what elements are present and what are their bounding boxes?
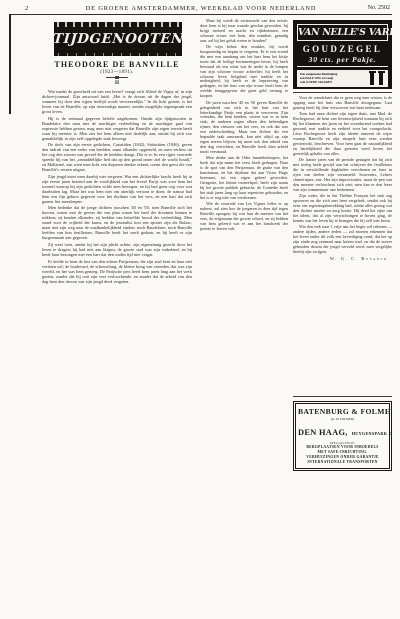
page-header: 2 DE GROENE AMSTERDAMMER, WEEKBLAD VOOR … — [10, 3, 392, 13]
ad-service-line: VERHUIZINGEN ONDER GARANTIE — [298, 455, 387, 460]
article-text-col3-wrap: Voor de wandelaars die er geen weg mee w… — [293, 96, 392, 393]
banner-text: TIJDGENOOTEN — [54, 31, 182, 47]
article-paragraph: Maar hij wordt de vertrouwde van den eer… — [200, 19, 288, 44]
batenburg-subname: (G. W. FOLMER) — [298, 417, 387, 421]
van-nelle-product: GOUDZEGEL — [297, 44, 388, 54]
batenburg-advertisement: BATENBURG & FOLMER (G. W. FOLMER) DEN HA… — [293, 401, 392, 471]
batenburg-address: HUYGENSPARK 22 — [352, 431, 392, 436]
masthead-title: DE GROENE AMSTERDAMMER, WEEKBLAD VOOR NE… — [10, 5, 392, 12]
batenburg-service-lines: BERGPLAATSEN VOOR INBOEDELSMET SAFE-INRI… — [298, 445, 387, 465]
van-nelle-advertisement: VAN NELLE'S VARINAS GOUDZEGEL 30 cts. pe… — [293, 20, 392, 89]
ad-service-line: BERGPLAATSEN VOOR INBOEDELS — [298, 445, 387, 450]
article-paragraph: De wijn belast den zwakke; hij wordt hoo… — [200, 45, 288, 99]
article-paragraph: Wie den trek naar 't vrije aan het begin… — [293, 225, 392, 254]
article-paragraph: Wat maakt de grootheid uit van een leven… — [42, 89, 192, 114]
article-text-col2: Maar hij wordt de vertrouwde van den eer… — [200, 19, 288, 231]
tijdgenooten-banner: TIJDGENOOTEN — [54, 22, 182, 56]
article-dates: (1823—1891). — [42, 70, 192, 75]
article-text-col1: Wat maakt de grootheid uit van een leven… — [42, 89, 192, 284]
section-number: II — [42, 80, 192, 86]
column-rule-top — [293, 92, 392, 93]
author-signature: W. G. C. Byvanck — [293, 256, 388, 261]
article-paragraph: Men bedenke dat de jonge dichters tussch… — [42, 205, 192, 240]
van-nelle-tagline-panel: Een aangename Bezuinigingeen HALF ONS ve… — [297, 70, 388, 87]
article-paragraph: Zijn vader, die in het Théâtre Français … — [293, 194, 392, 223]
pillar-icon — [370, 72, 374, 85]
article-paragraph: Hij is de eenmaal gegeven belofte nageko… — [42, 116, 192, 141]
van-nelle-brand: VAN NELLE'S VARINAS — [297, 24, 388, 41]
column-left: TIJDGENOOTEN THEODORE DE BANVILLE (1823—… — [42, 20, 192, 534]
article-paragraph: Er leefde in hem de lust van den echten … — [42, 259, 192, 284]
article-paragraph: Wie de voorrede van Les Vignes folles er… — [200, 202, 288, 231]
article-paragraph: Zijn jeugd moet men daarbij niet vergete… — [42, 174, 192, 204]
column-right: VAN NELLE'S VARINAS GOUDZEGEL 30 cts. pe… — [293, 20, 392, 486]
article-paragraph: Men denke aan de Odes funambulesques, he… — [200, 156, 288, 200]
header-rule — [10, 14, 392, 15]
newspaper-page: 2 DE GROENE AMSTERDAMMER, WEEKBLAD VOOR … — [0, 0, 400, 619]
ad-tagline-line: vele GOEDE SIGAREN — [300, 80, 364, 84]
van-nelle-tagline-lines: Een aangename Bezuinigingeen HALF ONS ve… — [300, 72, 364, 85]
article-paragraph: Voor de wandelaars die er geen weg mee w… — [293, 96, 392, 111]
batenburg-company: BATENBURG & FOLMER — [298, 407, 387, 416]
column-rule-bottom — [293, 396, 392, 397]
pillar-icon — [379, 72, 383, 85]
article-title: THEODORE DE BANVILLE — [42, 60, 192, 69]
left-margin-rule — [9, 14, 11, 114]
article-paragraph: De jaren tusschen '40 en '50 geven Banvi… — [200, 101, 288, 155]
batenburg-cityline: DEN HAAG, HUYGENSPARK 22 — [298, 422, 387, 440]
article-paragraph: De laatste jaren van de periode getuigen… — [293, 158, 392, 192]
issue-number: No. 2502 — [368, 5, 390, 11]
article-text-col3: Voor de wandelaars die er geen weg mee w… — [293, 96, 392, 254]
section-divider — [106, 77, 128, 78]
ad-service-line: INTERNATIONALE TRANSPORTEN — [298, 460, 387, 465]
van-nelle-price: 30 cts. per Pakje. — [297, 55, 388, 67]
article-paragraph: Zij weet toen, omdat hij het zijn plicht… — [42, 242, 192, 257]
column-middle: Maar hij wordt de vertrouwde van den eer… — [200, 19, 288, 534]
article-paragraph: Toen had onze dichter zijn eigen thuis, … — [293, 112, 392, 156]
article-paragraph: De titels van zijn eerste gedichten, Car… — [42, 142, 192, 172]
batenburg-city: DEN HAAG, — [298, 428, 348, 437]
